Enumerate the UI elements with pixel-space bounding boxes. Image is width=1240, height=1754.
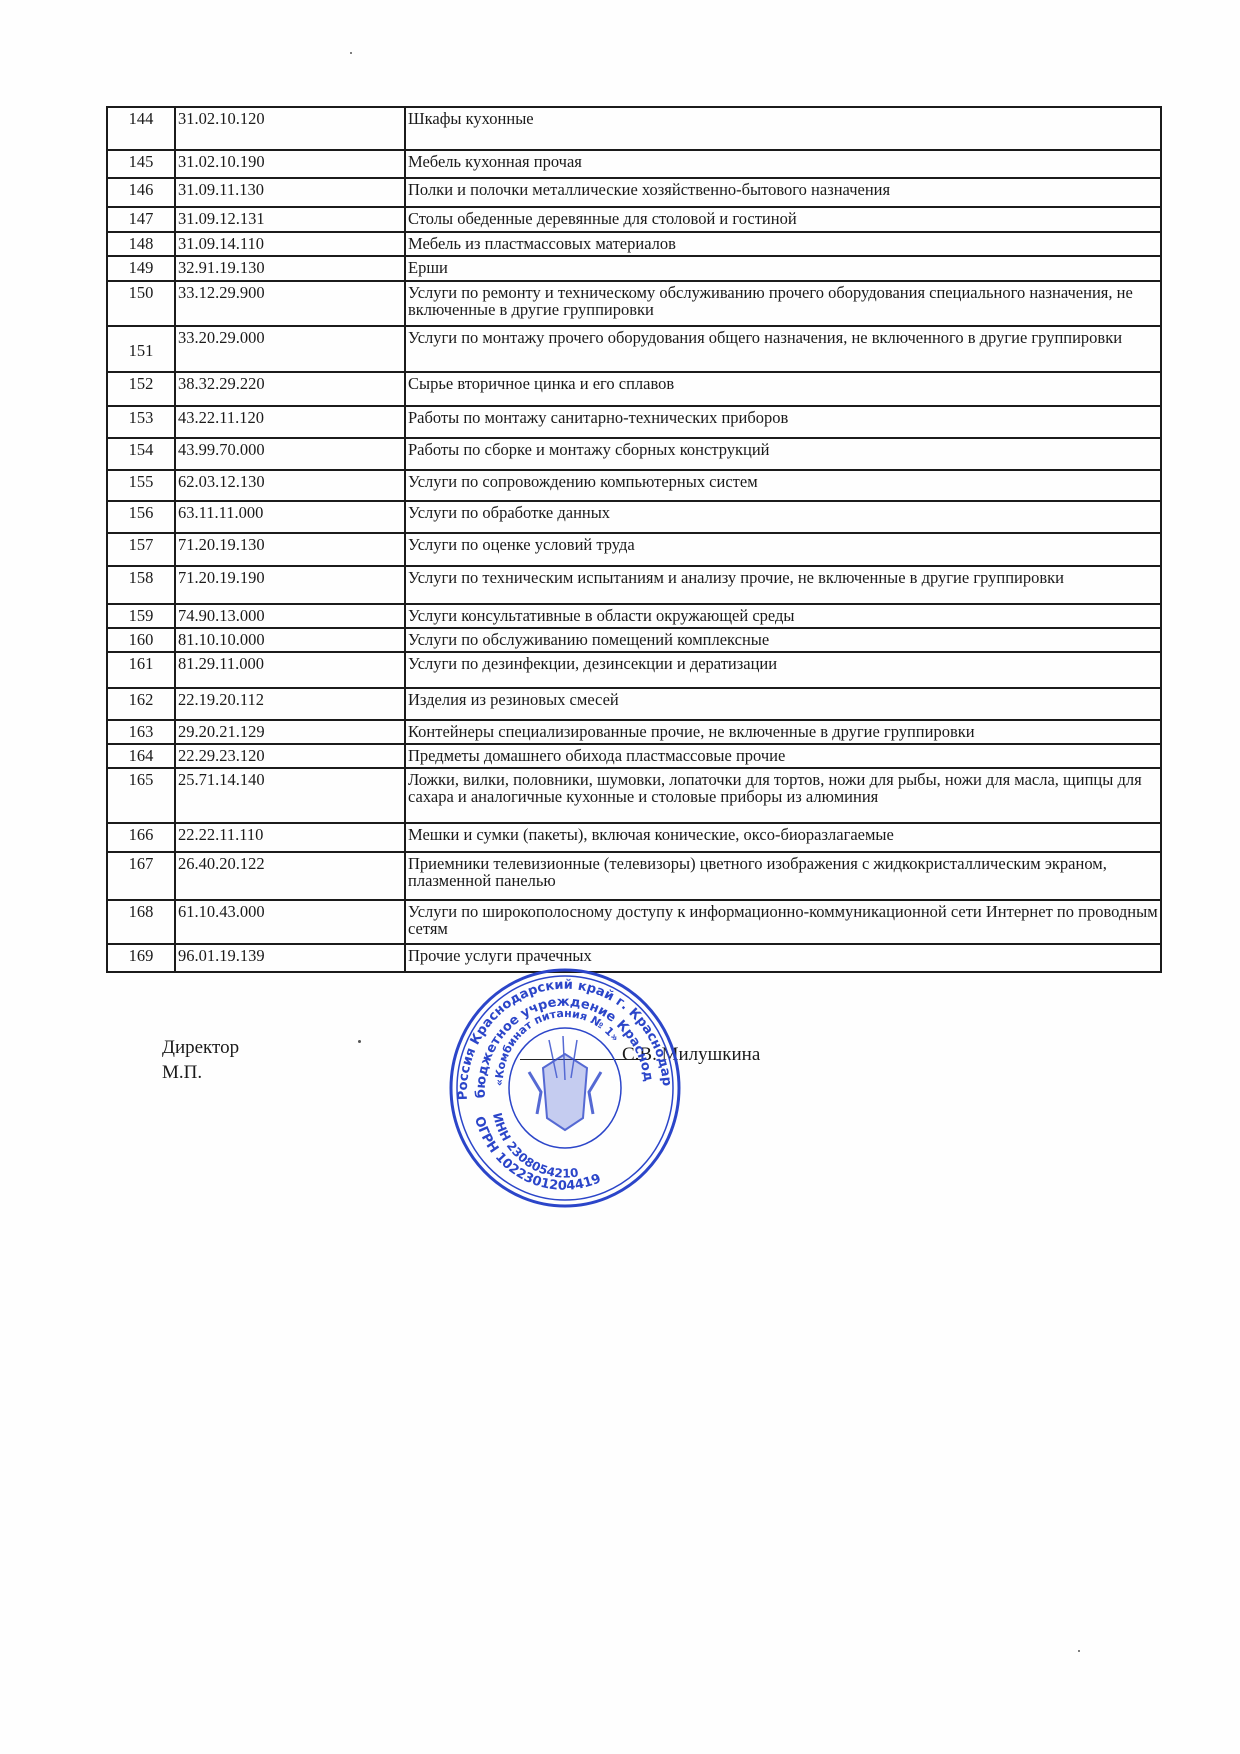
table-row: 14831.09.14.110Мебель из пластмассовых м…: [107, 232, 1161, 256]
item-name-cell: Контейнеры специализированные прочие, не…: [405, 720, 1161, 744]
official-stamp-icon: Россия Краснодарский край г. Краснодар б…: [445, 968, 685, 1208]
item-name-cell: Мебель кухонная прочая: [405, 150, 1161, 178]
row-number-cell: 164: [107, 744, 175, 768]
row-number-cell: 152: [107, 372, 175, 406]
table-row: 15871.20.19.190Услуги по техническим исп…: [107, 566, 1161, 604]
row-number-cell: 167: [107, 852, 175, 900]
document-page: 14431.02.10.120Шкафы кухонные14531.02.10…: [0, 0, 1240, 1754]
item-name-cell: Ерши: [405, 256, 1161, 281]
item-name-cell: Ложки, вилки, половники, шумовки, лопато…: [405, 768, 1161, 823]
table-row: 16861.10.43.000Услуги по широкополосному…: [107, 900, 1161, 944]
table-row: 15238.32.29.220Сырье вторичное цинка и е…: [107, 372, 1161, 406]
okpd-code-cell: 33.20.29.000: [175, 326, 405, 372]
item-name-cell: Услуги по монтажу прочего оборудования о…: [405, 326, 1161, 372]
row-number-cell: 147: [107, 207, 175, 232]
okpd-registry-table: 14431.02.10.120Шкафы кухонные14531.02.10…: [106, 106, 1162, 973]
okpd-code-cell: 71.20.19.190: [175, 566, 405, 604]
row-number-cell: 165: [107, 768, 175, 823]
table-row: 16622.22.11.110Мешки и сумки (пакеты), в…: [107, 823, 1161, 852]
row-number-cell: 150: [107, 281, 175, 326]
table-row: 14731.09.12.131Столы обеденные деревянны…: [107, 207, 1161, 232]
okpd-code-cell: 74.90.13.000: [175, 604, 405, 628]
table-row: 15033.12.29.900Услуги по ремонту и техни…: [107, 281, 1161, 326]
table-row: 14431.02.10.120Шкафы кухонные: [107, 107, 1161, 150]
scan-speck: [350, 52, 352, 54]
item-name-cell: Работы по сборке и монтажу сборных конст…: [405, 438, 1161, 470]
okpd-code-cell: 62.03.12.130: [175, 470, 405, 501]
row-number-cell: 169: [107, 944, 175, 972]
table-row: 16525.71.14.140Ложки, вилки, половники, …: [107, 768, 1161, 823]
table-row: 15443.99.70.000Работы по сборке и монтаж…: [107, 438, 1161, 470]
row-number-cell: 146: [107, 178, 175, 207]
table-row: 15771.20.19.130Услуги по оценке условий …: [107, 533, 1161, 566]
table-row: 15343.22.11.120Работы по монтажу санитар…: [107, 406, 1161, 438]
okpd-code-cell: 81.10.10.000: [175, 628, 405, 652]
okpd-code-cell: 31.09.11.130: [175, 178, 405, 207]
okpd-code-cell: 32.91.19.130: [175, 256, 405, 281]
okpd-code-cell: 31.09.12.131: [175, 207, 405, 232]
row-number-cell: 161: [107, 652, 175, 688]
okpd-code-cell: 31.02.10.120: [175, 107, 405, 150]
okpd-code-cell: 43.99.70.000: [175, 438, 405, 470]
table-row: 14631.09.11.130Полки и полочки металличе…: [107, 178, 1161, 207]
item-name-cell: Шкафы кухонные: [405, 107, 1161, 150]
item-name-cell: Сырье вторичное цинка и его сплавов: [405, 372, 1161, 406]
item-name-cell: Услуги по техническим испытаниям и анали…: [405, 566, 1161, 604]
table-row: 16081.10.10.000Услуги по обслуживанию по…: [107, 628, 1161, 652]
row-number-cell: 160: [107, 628, 175, 652]
okpd-code-cell: 33.12.29.900: [175, 281, 405, 326]
table-row: 15663.11.11.000Услуги по обработке данны…: [107, 501, 1161, 533]
table-row: 14531.02.10.190Мебель кухонная прочая: [107, 150, 1161, 178]
row-number-cell: 163: [107, 720, 175, 744]
table-row: 16329.20.21.129Контейнеры специализирова…: [107, 720, 1161, 744]
item-name-cell: Услуги по дезинфекции, дезинсекции и дер…: [405, 652, 1161, 688]
item-name-cell: Услуги по сопровождению компьютерных сис…: [405, 470, 1161, 501]
item-name-cell: Приемники телевизионные (телевизоры) цве…: [405, 852, 1161, 900]
row-number-cell: 158: [107, 566, 175, 604]
okpd-code-cell: 43.22.11.120: [175, 406, 405, 438]
okpd-code-cell: 81.29.11.000: [175, 652, 405, 688]
table-row: 15562.03.12.130Услуги по сопровождению к…: [107, 470, 1161, 501]
item-name-cell: Столы обеденные деревянные для столовой …: [405, 207, 1161, 232]
scan-speck: [358, 1040, 361, 1043]
table-row: 16726.40.20.122Приемники телевизионные (…: [107, 852, 1161, 900]
okpd-code-cell: 22.29.23.120: [175, 744, 405, 768]
row-number-cell: 148: [107, 232, 175, 256]
okpd-code-cell: 31.02.10.190: [175, 150, 405, 178]
item-name-cell: Изделия из резиновых смесей: [405, 688, 1161, 720]
okpd-code-cell: 22.22.11.110: [175, 823, 405, 852]
svg-text:ОГРН 1022301204419: ОГРН 1022301204419: [471, 1115, 603, 1194]
okpd-code-cell: 96.01.19.139: [175, 944, 405, 972]
seal-place-label: М.П.: [162, 1061, 202, 1085]
table-row: 14932.91.19.130Ерши: [107, 256, 1161, 281]
row-number-cell: 154: [107, 438, 175, 470]
item-name-cell: Услуги по ремонту и техническому обслужи…: [405, 281, 1161, 326]
okpd-code-cell: 61.10.43.000: [175, 900, 405, 944]
item-name-cell: Мешки и сумки (пакеты), включая коническ…: [405, 823, 1161, 852]
table-row: 15133.20.29.000Услуги по монтажу прочего…: [107, 326, 1161, 372]
okpd-code-cell: 31.09.14.110: [175, 232, 405, 256]
row-number-cell: 159: [107, 604, 175, 628]
scan-speck: [1078, 1650, 1080, 1652]
row-number-cell: 155: [107, 470, 175, 501]
signatory-title: Директор: [162, 1036, 239, 1060]
okpd-code-cell: 38.32.29.220: [175, 372, 405, 406]
okpd-code-cell: 22.19.20.112: [175, 688, 405, 720]
table-row: 16222.19.20.112Изделия из резиновых смес…: [107, 688, 1161, 720]
row-number-cell: 144: [107, 107, 175, 150]
item-name-cell: Полки и полочки металлические хозяйствен…: [405, 178, 1161, 207]
row-number-cell: 168: [107, 900, 175, 944]
row-number-cell: 145: [107, 150, 175, 178]
okpd-code-cell: 29.20.21.129: [175, 720, 405, 744]
item-name-cell: Услуги по обработке данных: [405, 501, 1161, 533]
okpd-code-cell: 63.11.11.000: [175, 501, 405, 533]
table-row: 15974.90.13.000Услуги консультативные в …: [107, 604, 1161, 628]
row-number-cell: 151: [107, 326, 175, 372]
item-name-cell: Услуги консультативные в области окружаю…: [405, 604, 1161, 628]
okpd-code-cell: 26.40.20.122: [175, 852, 405, 900]
row-number-cell: 162: [107, 688, 175, 720]
row-number-cell: 156: [107, 501, 175, 533]
table-row: 16181.29.11.000Услуги по дезинфекции, де…: [107, 652, 1161, 688]
item-name-cell: Услуги по обслуживанию помещений комплек…: [405, 628, 1161, 652]
row-number-cell: 166: [107, 823, 175, 852]
item-name-cell: Услуги по широкополосному доступу к инфо…: [405, 900, 1161, 944]
okpd-code-cell: 25.71.14.140: [175, 768, 405, 823]
row-number-cell: 149: [107, 256, 175, 281]
row-number-cell: 157: [107, 533, 175, 566]
row-number-cell: 153: [107, 406, 175, 438]
item-name-cell: Мебель из пластмассовых материалов: [405, 232, 1161, 256]
item-name-cell: Работы по монтажу санитарно-технических …: [405, 406, 1161, 438]
item-name-cell: Услуги по оценке условий труда: [405, 533, 1161, 566]
table-row: 16422.29.23.120Предметы домашнего обиход…: [107, 744, 1161, 768]
okpd-code-cell: 71.20.19.130: [175, 533, 405, 566]
item-name-cell: Предметы домашнего обихода пластмассовые…: [405, 744, 1161, 768]
